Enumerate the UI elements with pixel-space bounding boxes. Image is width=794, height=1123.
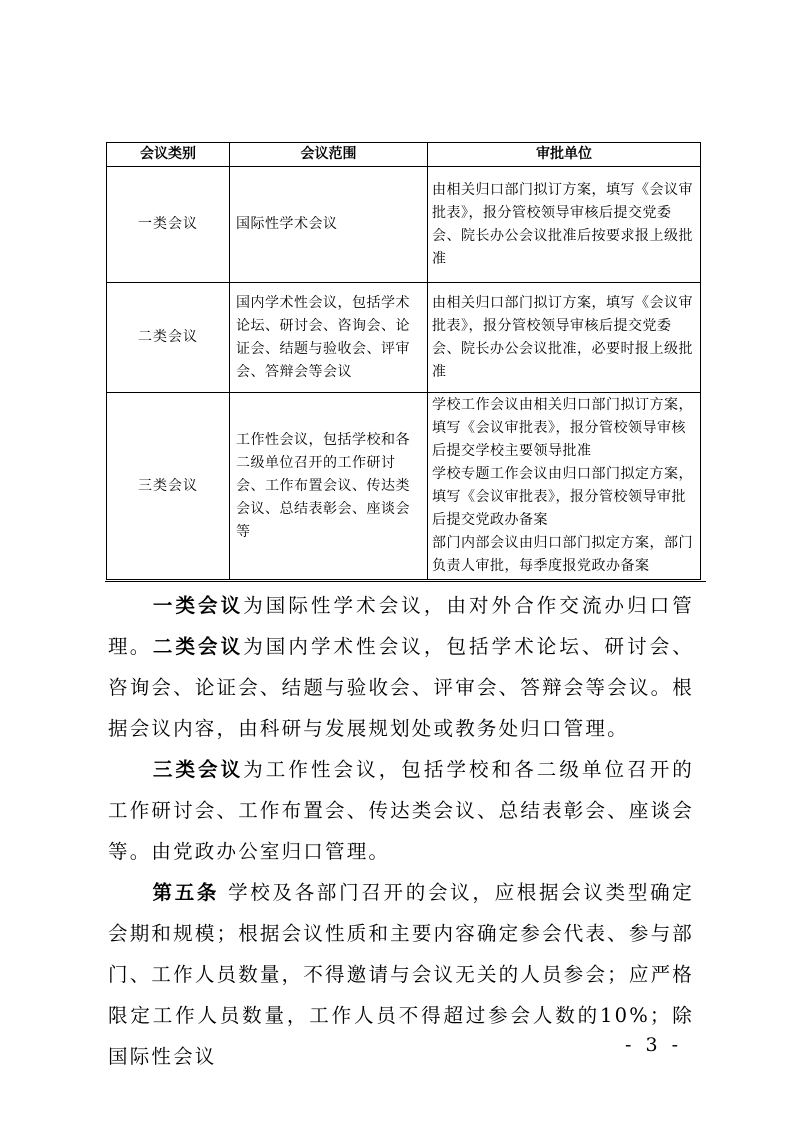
header-scope: 会议范围 [230,143,428,167]
term-bold: 二类会议 [152,635,243,658]
table-bottom-rule [105,581,706,582]
paragraph-category-3: 三类会议为工作性会议，包括学校和各二级单位召开的工作研讨会、工作布置会、传达类会… [108,749,694,872]
cell-scope: 国际性学术会议 [230,167,428,283]
meeting-category-table: 会议类别 会议范围 审批单位 一类会议 国际性学术会议 由相关归口部门拟订方案，… [106,142,701,580]
cell-category: 三类会议 [107,393,230,580]
cell-approval: 由相关归口部门拟订方案，填写《会议审批表》，报分管校领导审核后提交党委会、院长办… [428,167,701,283]
approval-line: 学校专题工作会议由归口部门拟定方案，填写《会议审批表》，报分管校领导审批后提交党… [432,463,696,532]
cell-approval: 学校工作会议由相关归口部门拟订方案，填写《会议审批表》，报分管校领导审核后提交学… [428,393,701,580]
table-row: 二类会议 国内学术性会议，包括学术论坛、研讨会、咨询会、论证会、结题与验收会、评… [107,283,701,393]
header-approval: 审批单位 [428,143,701,167]
page-number: - 3 - [625,1034,682,1056]
header-category: 会议类别 [107,143,230,167]
approval-line: 学校工作会议由相关归口部门拟订方案，填写《会议审批表》，报分管校领导审核后提交学… [432,394,696,463]
table-row: 三类会议 工作性会议，包括学校和各二级单位召开的工作研讨会、工作布置会议、传达类… [107,393,701,580]
cell-scope: 国内学术性会议，包括学术论坛、研讨会、咨询会、论证会、结题与验收会、评审会、答辩… [230,283,428,393]
paragraph-text: 学校及各部门召开的会议，应根据会议类型确定会期和规模；根据会议性质和主要内容确定… [108,881,694,1068]
cell-approval: 由相关归口部门拟订方案，填写《会议审批表》，报分管校领导审核后提交党委会、院长办… [428,283,701,393]
approval-line: 部门内部会议由归口部门拟定方案，部门负责人审批，每季度报党政办备案 [432,532,696,578]
article-label: 第五条 [152,881,219,904]
paragraph-category-2: 二类会议为国内学术性会议，包括学术论坛、研讨会、咨询会、论证会、结题与验收会、评… [108,626,694,749]
paragraph-article-5: 第五条 学校及各部门召开的会议，应根据会议类型确定会期和规模；根据会议性质和主要… [108,872,694,1077]
term-bold: 一类会议 [152,594,243,617]
cell-scope: 工作性会议，包括学校和各二级单位召开的工作研讨会、工作布置会议、传达类会议、总结… [230,393,428,580]
table-row: 一类会议 国际性学术会议 由相关归口部门拟订方案，填写《会议审批表》，报分管校领… [107,167,701,283]
cell-category: 一类会议 [107,167,230,283]
cell-category: 二类会议 [107,283,230,393]
term-bold: 三类会议 [152,758,243,781]
table-header-row: 会议类别 会议范围 审批单位 [107,143,701,167]
